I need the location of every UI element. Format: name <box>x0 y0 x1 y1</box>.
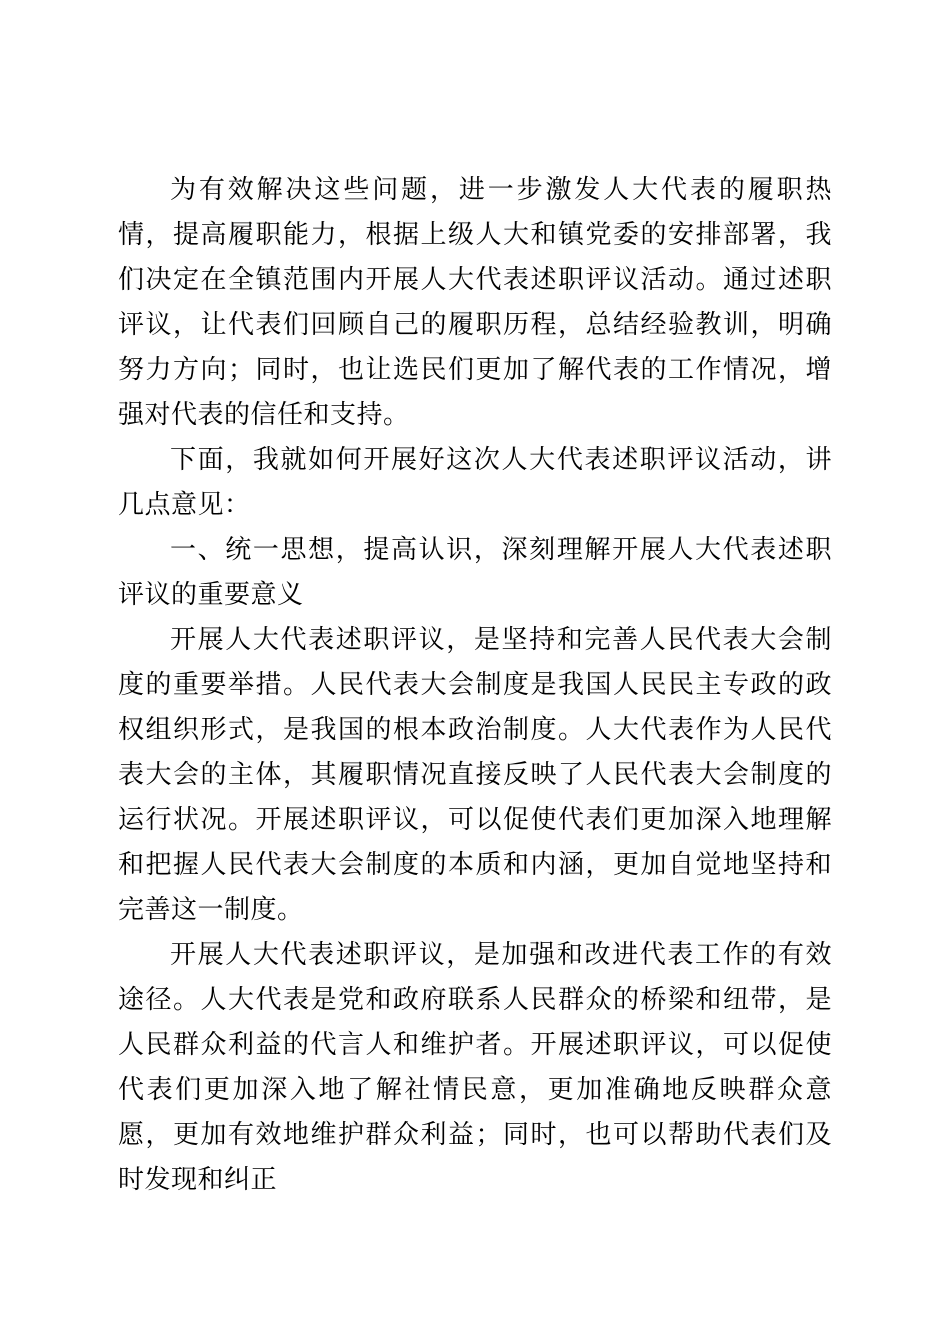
paragraph-transition: 下面，我就如何开展好这次人大代表述职评议活动，讲几点意见： <box>118 438 832 528</box>
document-page: 为有效解决这些问题，进一步激发人大代表的履职热情，提高履职能力，根据上级人大和镇… <box>0 0 950 1344</box>
paragraph-significance-1: 开展人大代表述职评议，是坚持和完善人民代表大会制度的重要举措。人民代表大会制度是… <box>118 618 832 933</box>
paragraph-intro: 为有效解决这些问题，进一步激发人大代表的履职热情，提高履职能力，根据上级人大和镇… <box>118 168 832 438</box>
paragraph-significance-2: 开展人大代表述职评议，是加强和改进代表工作的有效途径。人大代表是党和政府联系人民… <box>118 933 832 1203</box>
section-heading: 一、统一思想，提高认识，深刻理解开展人大代表述职评议的重要意义 <box>118 528 832 618</box>
document-text-block: 为有效解决这些问题，进一步激发人大代表的履职热情，提高履职能力，根据上级人大和镇… <box>118 168 832 1203</box>
